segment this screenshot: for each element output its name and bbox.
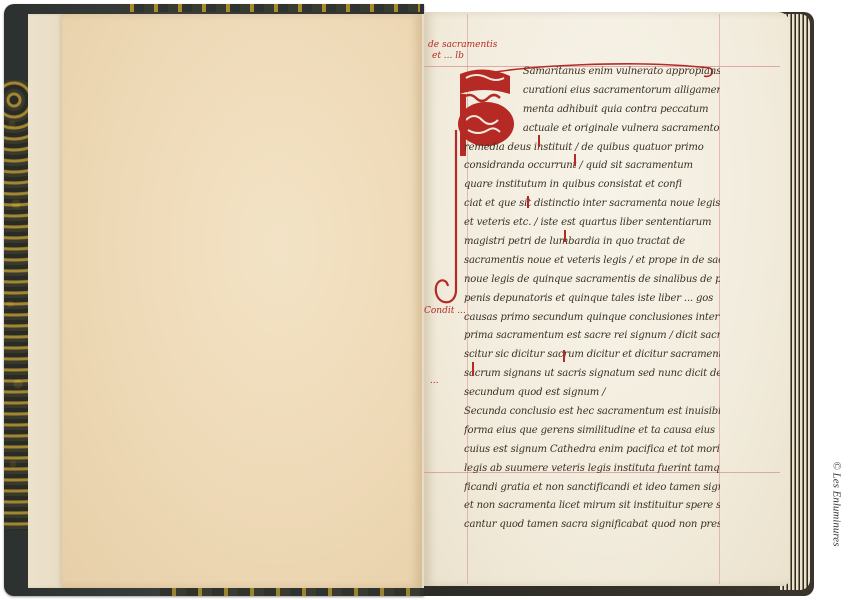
text-line: quare institutum in quibus consistat et …	[464, 175, 707, 194]
text-line: et veteris etc. / iste est quartus liber…	[464, 213, 707, 232]
text-line: noue legis de quinque sacramentis de sin…	[464, 270, 707, 289]
rubric-mark	[563, 350, 565, 362]
manuscript-photo: de sacramentis et ... lb Condit ... ... …	[0, 0, 848, 600]
rubric-mark	[527, 196, 529, 208]
text-line: causas primo secundum quinque conclusion…	[464, 308, 707, 327]
text-line: curationi eius sacramentorum alligamenta	[464, 81, 707, 100]
text-line: magistri petri de lumbardia in quo tract…	[464, 232, 707, 251]
initial-descender-flourish	[432, 130, 462, 310]
marbled-paper-strip	[4, 80, 28, 530]
text-line: ciat et que sit distinctio inter sacrame…	[464, 194, 707, 213]
text-line: penis depunatoris et quinque tales iste …	[464, 289, 707, 308]
text-line: considranda occurrunt / quid sit sacrame…	[464, 156, 707, 175]
text-line: sacramentis noue et veteris legis / et p…	[464, 251, 707, 270]
margin-note-lower: ...	[430, 376, 439, 386]
text-line: ficandi gratia et non sanctificandi et i…	[464, 478, 707, 497]
margin-note-top-1: de sacramentis	[428, 40, 497, 50]
text-line: forma eius que gerens similitudine et ta…	[464, 421, 707, 440]
text-line: legis ab suumere veteris legis instituta…	[464, 459, 707, 478]
text-line: actuale et originale vulnera sacramentor…	[464, 119, 707, 138]
text-line: Samaritanus enim vulnerato appropians	[464, 62, 707, 81]
text-line: sacrum signans ut sacris signatum sed nu…	[464, 364, 707, 383]
rubric-mark	[538, 135, 540, 147]
manuscript-text-block: Samaritanus enim vulnerato appropians cu…	[464, 62, 720, 534]
flyleaf-stub	[28, 14, 62, 588]
rubric-mark	[472, 362, 474, 376]
rubric-mark	[564, 230, 566, 242]
rubric-mark	[574, 154, 576, 166]
text-line: menta adhibuit quia contra peccatum	[464, 100, 707, 119]
text-line: cuius est signum Cathedra enim pacifica …	[464, 440, 707, 459]
copyright-caption: © Les Enluminures	[826, 444, 846, 564]
text-line: cantur quod tamen sacra significabat quo…	[464, 515, 707, 534]
text-line: Secunda conclusio est hec sacramentum es…	[464, 402, 707, 421]
marbled-edge-bottom	[160, 588, 420, 596]
left-flyleaf-page	[62, 14, 422, 588]
text-line: prima sacramentum est sacre rei signum /…	[464, 326, 707, 345]
text-line: scitur sic dicitur sacrum dicitur et dic…	[464, 345, 707, 364]
text-line: secundum quod est signum /	[464, 383, 707, 402]
text-line: et non sacramenta licet mirum sit instit…	[464, 496, 707, 515]
marbled-edge-top	[120, 4, 420, 12]
text-line: remedia deus instituit / de quibus quatu…	[464, 138, 707, 157]
